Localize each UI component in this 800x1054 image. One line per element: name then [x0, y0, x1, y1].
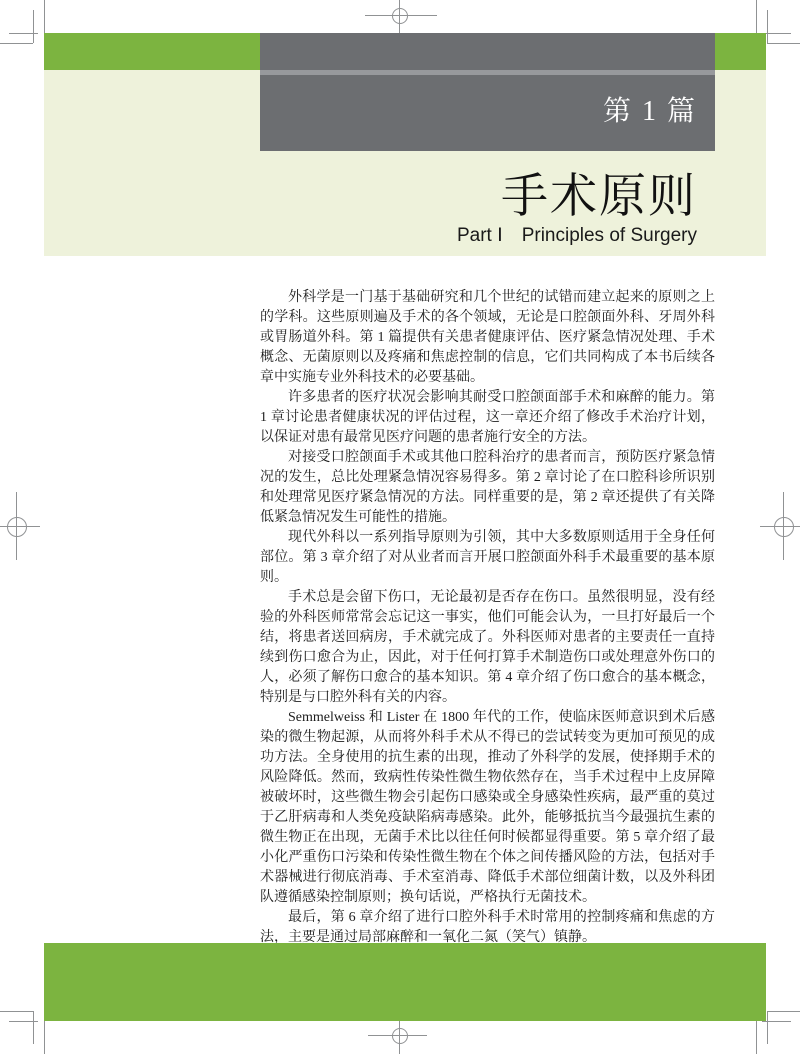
part-title-english: Part Ⅰ Principles of Surgery: [457, 225, 697, 248]
trim-mark: [762, 33, 791, 34]
trim-mark: [0, 1011, 33, 1012]
paragraph: Semmelweiss 和 Lister 在 1800 年代的工作，使临床医师意…: [260, 708, 715, 908]
trim-mark: [44, 1021, 45, 1054]
trim-mark: [756, 1021, 757, 1054]
paragraph: 外科学是一门基于基础研究和几个世纪的试错而建立起来的原则之上的学科。这些原则遍及…: [260, 288, 715, 388]
registration-circle-bottom: [392, 1028, 408, 1044]
trim-mark: [44, 0, 45, 33]
part-title-chinese: 手术原则: [457, 168, 697, 224]
part-title-block: 手术原则 Part Ⅰ Principles of Surgery: [457, 168, 697, 248]
trim-mark: [756, 0, 757, 33]
paragraph: 最后，第 6 章介绍了进行口腔外科手术时常用的控制疼痛和焦虑的方法，主要是通过局…: [260, 908, 715, 948]
trim-mark: [9, 33, 38, 34]
paragraph: 对接受口腔颌面手术或其他口腔科治疗的患者而言，预防医疗紧急情况的发生，总比处理紧…: [260, 448, 715, 528]
paragraph: 许多患者的医疗状况会影响其耐受口腔颌面部手术和麻醉的能力。第 1 章讨论患者健康…: [260, 388, 715, 448]
gray-stripe: [260, 70, 715, 75]
trim-mark: [33, 1011, 34, 1044]
bottom-green-bar: [44, 943, 766, 1021]
registration-circle-top: [392, 8, 408, 24]
trim-mark: [767, 1011, 768, 1044]
trim-mark: [762, 1021, 791, 1022]
part-header-box: 第 1 篇: [260, 33, 715, 151]
trim-mark: [9, 1021, 38, 1022]
part-number-badge: 第 1 篇: [603, 95, 697, 129]
trim-mark: [33, 10, 34, 43]
body-text: 外科学是一门基于基础研究和几个世纪的试错而建立起来的原则之上的学科。这些原则遍及…: [260, 288, 715, 948]
trim-mark: [767, 10, 768, 43]
registration-circle-right: [774, 517, 794, 537]
paragraph: 现代外科以一系列指导原则为引领，其中大多数原则适用于全身任何部位。第 3 章介绍…: [260, 528, 715, 588]
trim-mark: [0, 43, 33, 44]
trim-mark: [767, 43, 800, 44]
trim-mark: [767, 1011, 800, 1012]
paragraph: 手术总是会留下伤口，无论最初是否存在伤口。虽然很明显，没有经验的外科医师常常会忘…: [260, 588, 715, 708]
registration-circle-left: [7, 517, 27, 537]
book-page: 第 1 篇 手术原则 Part Ⅰ Principles of Surgery …: [0, 0, 800, 1054]
